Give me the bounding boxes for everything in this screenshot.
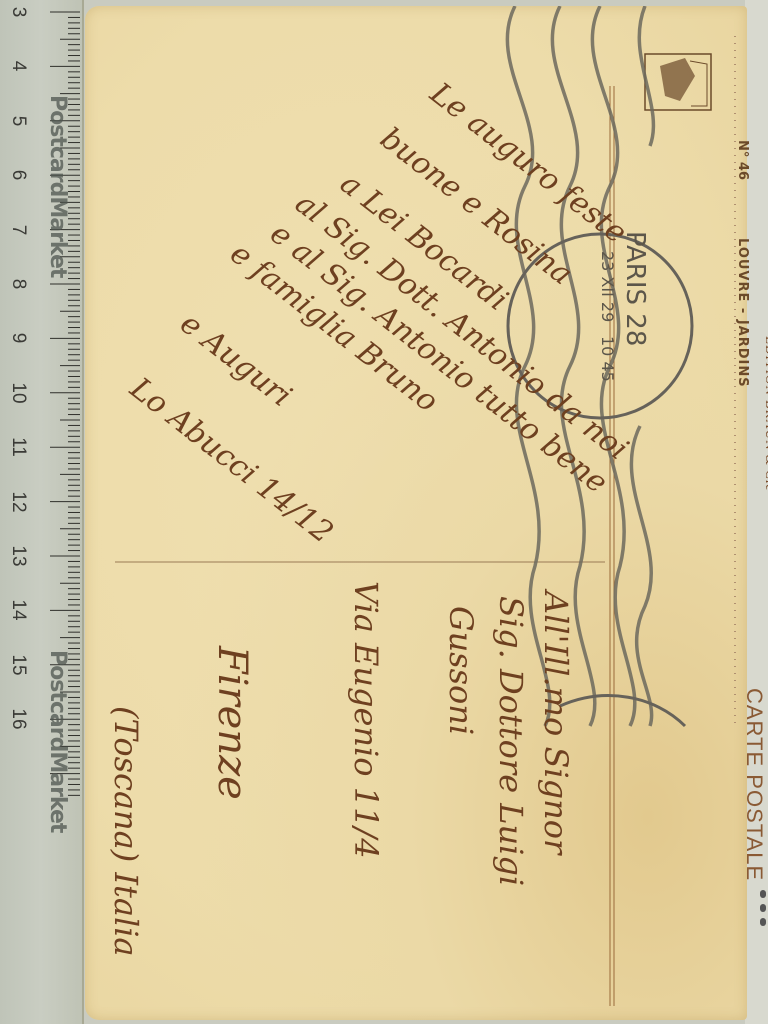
postcard-back: VUES DE PARIS N° 46 LOUVRE - JARDINS EDI… (85, 6, 747, 1020)
address-line: Gussoni (442, 606, 480, 735)
ruler-number: 14 (8, 596, 28, 624)
card-subject: LOUVRE - JARDINS (735, 238, 750, 388)
ruler-number: 9 (8, 324, 28, 352)
ruler-number: 7 (8, 216, 28, 244)
address-line: (Toscana) Italia (107, 706, 145, 957)
ruler-number: 13 (8, 542, 28, 570)
address-line: Via Eugenio 11/4 (347, 581, 385, 859)
address-line: All'Ill.mo Signor (537, 591, 575, 854)
address-line: Firenze (209, 646, 255, 800)
measuring-ruler: 345678910111213141516 PostcardMarket Pos… (0, 0, 84, 1024)
ruler-brand-top: PostcardMarket (30, 95, 70, 277)
postmark-city: PARIS 28 (620, 231, 650, 346)
ruler-number: 8 (8, 270, 28, 298)
ruler-number: 10 (8, 379, 28, 407)
address-line: Sig. Dottore Luigi (492, 596, 530, 886)
ruler-number: 4 (8, 52, 28, 80)
ruler-number: 15 (8, 651, 28, 679)
background-marks (760, 890, 768, 950)
ruler-number: 16 (8, 705, 28, 733)
braun-logo-icon (645, 54, 711, 110)
carte-postale-title: CARTE POSTALE (741, 688, 767, 881)
postmark-date: 23 XII 29 (598, 251, 617, 322)
ruler-number: 5 (8, 107, 28, 135)
ruler-brand-bottom: PostcardMarket (30, 650, 70, 832)
card-number: N° 46 (735, 140, 750, 180)
publisher-name: EDITION BRAUN & Cie (762, 336, 768, 491)
ruler-number: 6 (8, 161, 28, 189)
ruler-number: 3 (8, 0, 28, 26)
ruler-number: 11 (8, 433, 28, 461)
series-title: VUES DE PARIS (764, 146, 768, 278)
ruler-number: 12 (8, 488, 28, 516)
postmark-time: 10 45 (598, 336, 617, 382)
